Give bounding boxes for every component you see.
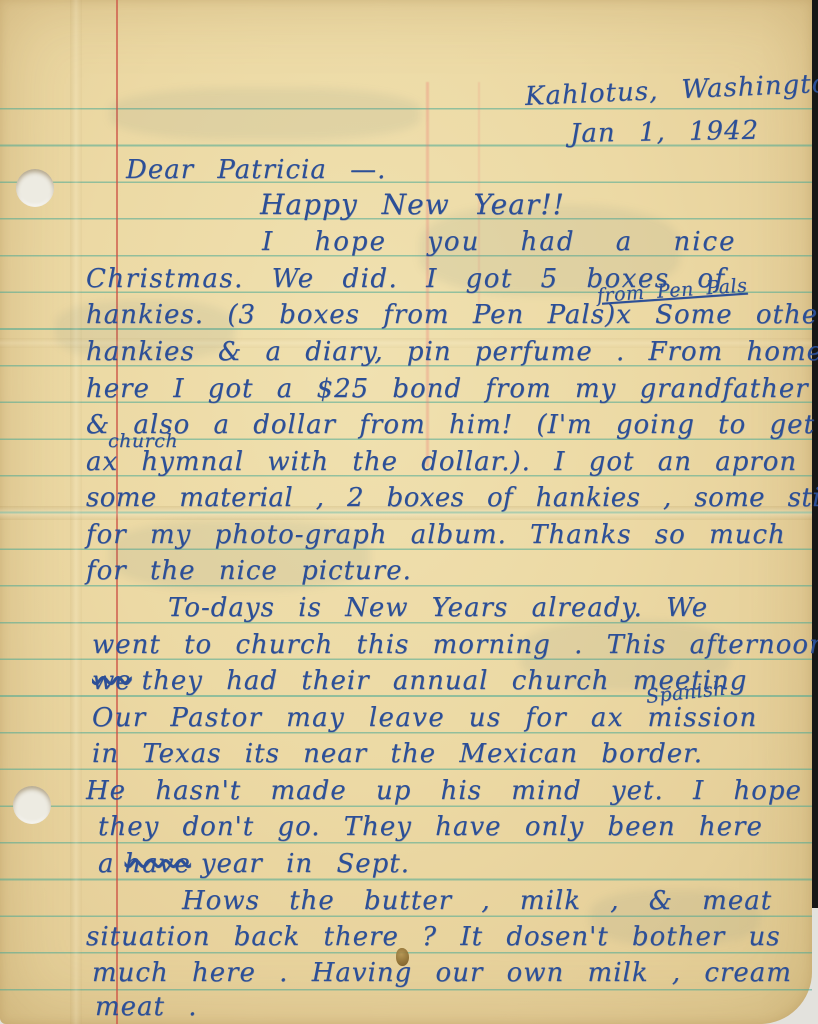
- body-line: some material , 2 boxes of hankies , som…: [86, 485, 818, 511]
- body-line: Hows the butter , milk , & meat: [182, 888, 772, 914]
- body-line: I hope you had a nice: [262, 229, 737, 255]
- body-line: for my photo-graph album. Thanks so much: [86, 522, 786, 548]
- strike-word: we: [92, 666, 132, 696]
- body-line: went to church this morning . This after…: [92, 632, 818, 658]
- body-line: He hasn't made up his mind yet. I hope: [86, 778, 802, 804]
- scan-dark-edge: [811, 0, 818, 908]
- salutation-line: Dear Patricia —.: [126, 157, 386, 183]
- body-line: Our Pastor may leave us for ax mission: [92, 705, 758, 731]
- body-line-text: a: [98, 849, 115, 879]
- location-line: Kahlotus, Washington: [524, 70, 818, 110]
- body-line: hankies. (3 boxes from Pen Pals)x Some o…: [86, 302, 818, 328]
- ink-bleed-smudge: [110, 88, 420, 140]
- body-line: situation back there ? It dosen't bother…: [86, 924, 781, 950]
- body-line: hankies & a diary, pin perfume . From ho…: [86, 339, 818, 365]
- greeting-line: Happy New Year!!: [260, 191, 565, 219]
- body-line: here I got a $25 bond from my grandfathe…: [86, 376, 809, 402]
- body-line-text: year in Sept.: [201, 849, 410, 879]
- body-line: To-days is New Years already. We: [168, 595, 708, 621]
- body-line: they don't go. They have only been here: [98, 814, 763, 840]
- body-line: ax hymnal with the dollar.). I got an ap…: [86, 449, 797, 475]
- body-line: for the nice picture.: [86, 558, 412, 584]
- strike-word: have: [125, 849, 191, 879]
- body-line: in Texas its near the Mexican border.: [92, 741, 703, 767]
- body-line: & also a dollar from him! (I'm going to …: [86, 412, 815, 438]
- paper-sheet: Kahlotus, Washington Jan 1, 1942 Dear Pa…: [0, 0, 812, 1024]
- body-line: ahaveyear in Sept.: [98, 851, 410, 877]
- vertical-crease: [70, 0, 82, 1024]
- scanned-letter-image: Kahlotus, Washington Jan 1, 1942 Dear Pa…: [0, 0, 818, 1024]
- body-line: much here . Having our own milk , cream: [92, 960, 792, 986]
- body-line: meat .: [95, 994, 198, 1020]
- date-line: Jan 1, 1942: [570, 118, 760, 147]
- insertion-note: church: [108, 432, 178, 451]
- hole-punch: [13, 786, 51, 824]
- hole-punch: [16, 169, 54, 207]
